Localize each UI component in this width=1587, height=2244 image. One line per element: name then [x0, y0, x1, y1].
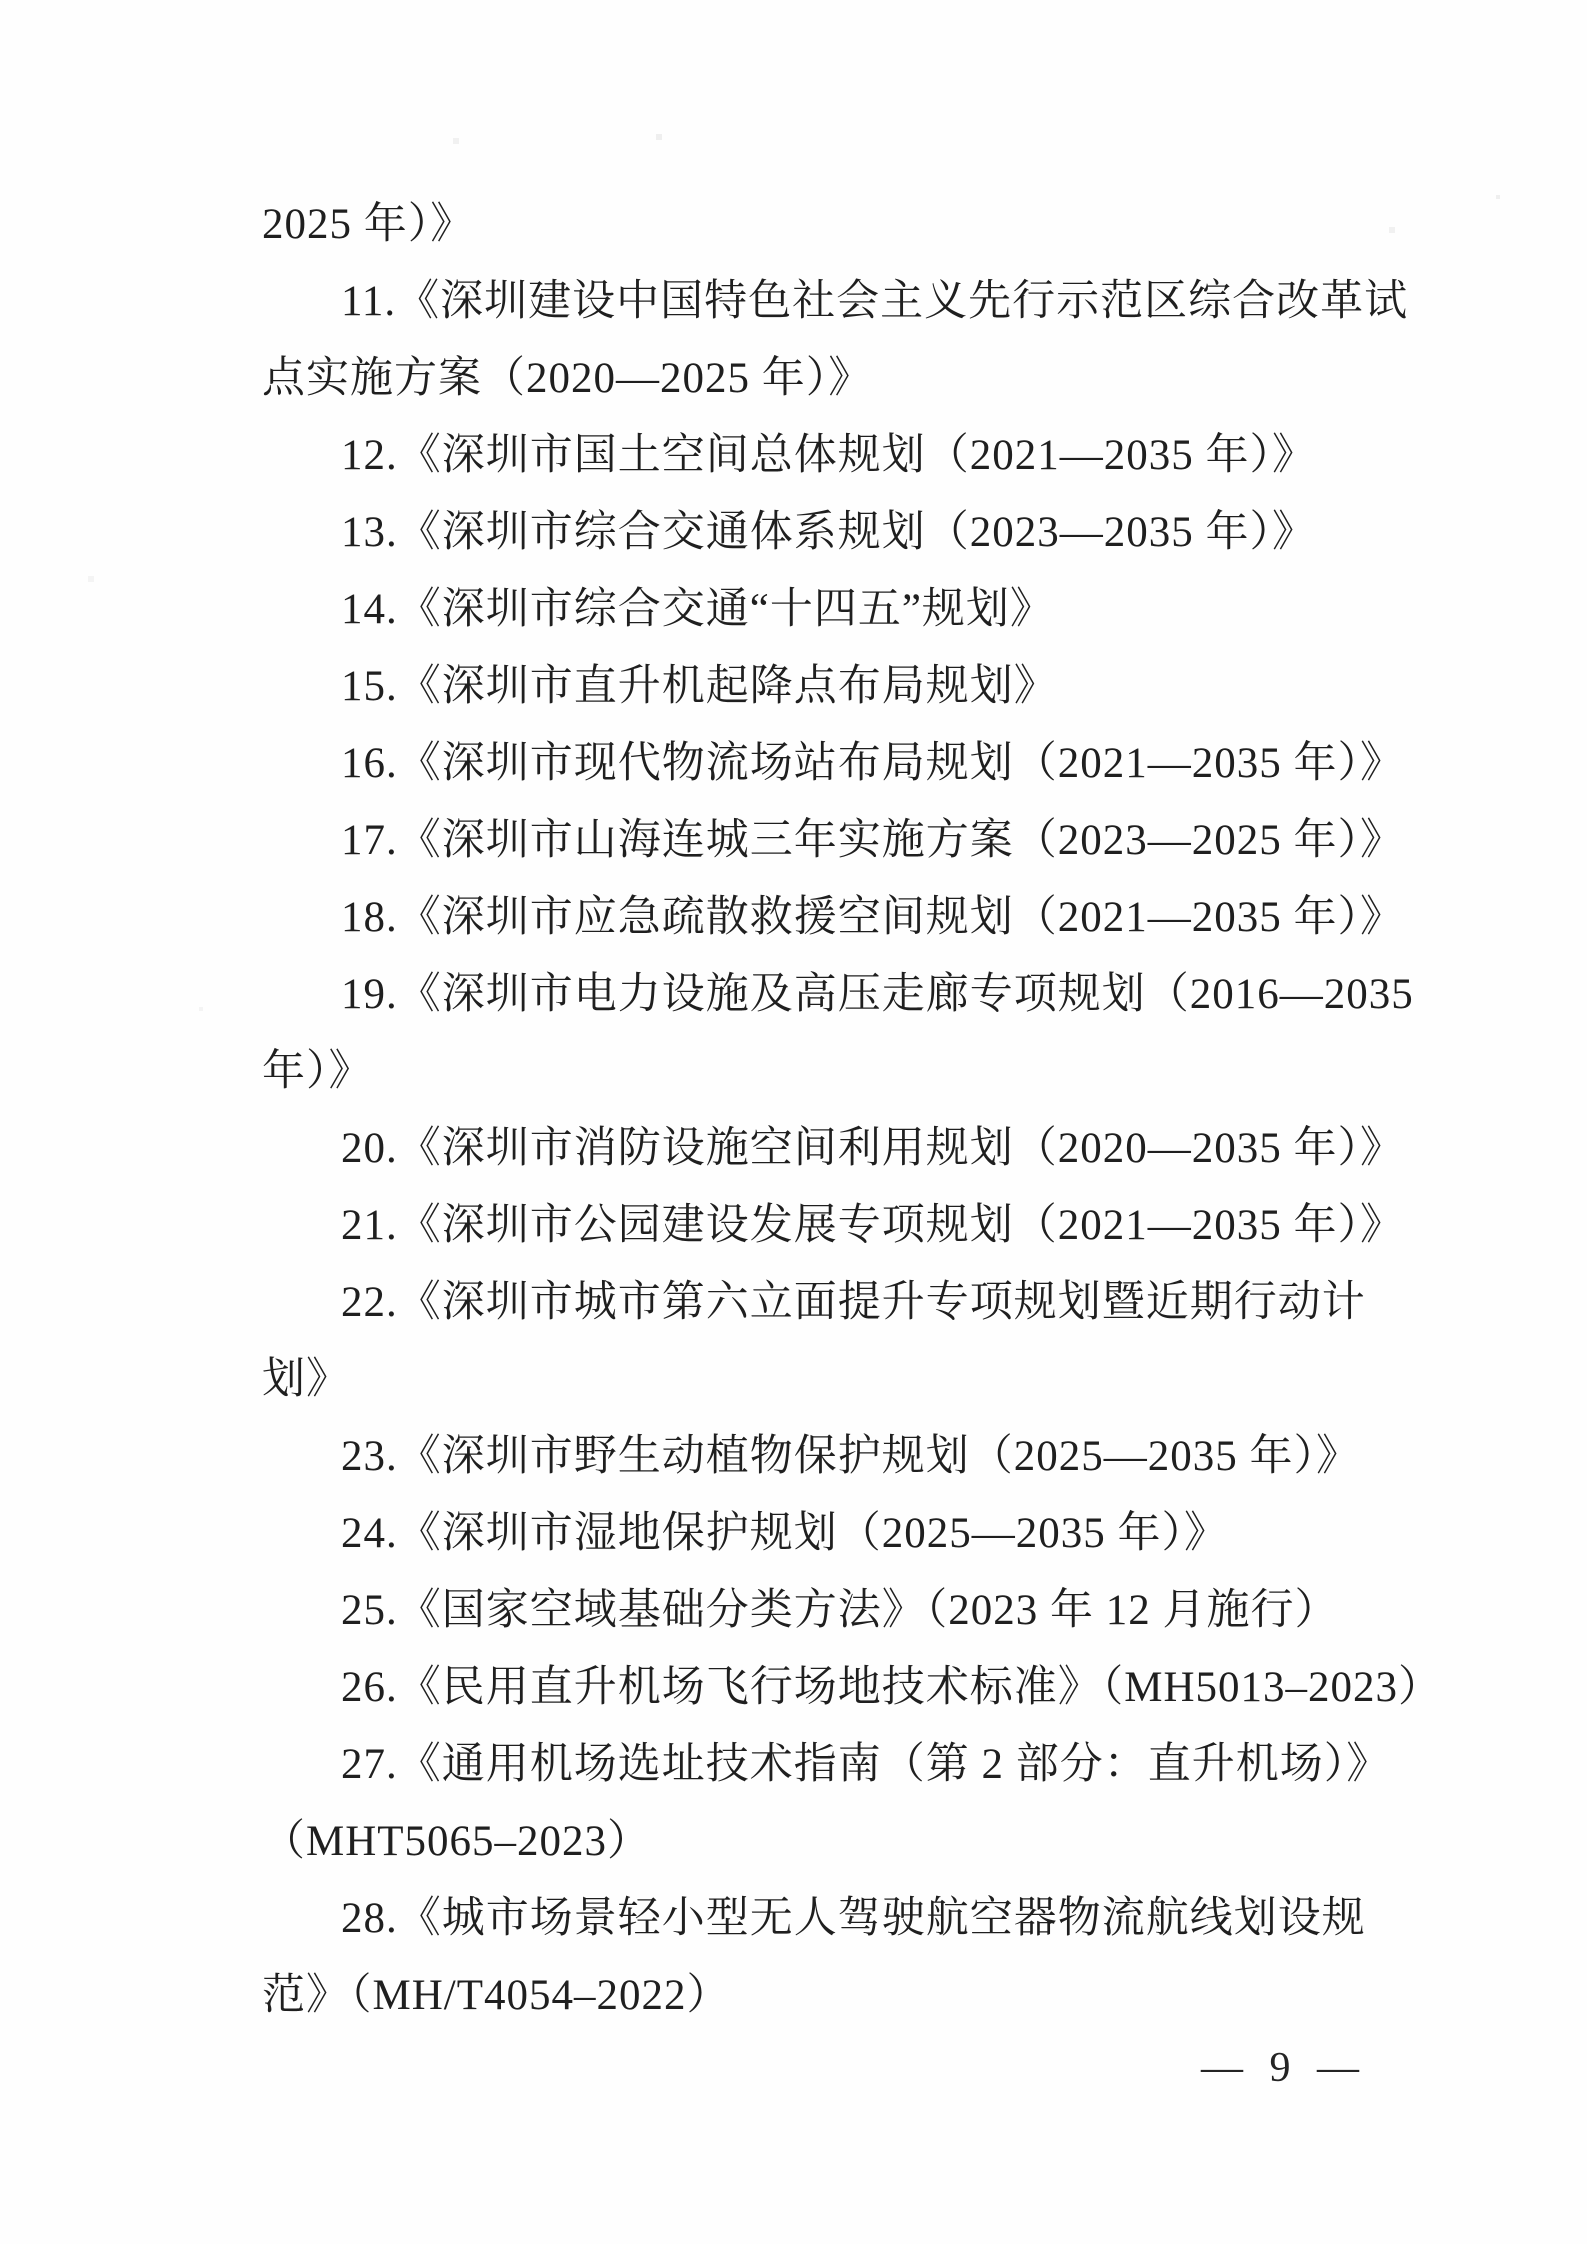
- document-line: 年）》: [262, 1033, 1422, 1110]
- document-line: 12.《深圳市国土空间总体规划（2021—2035 年）》: [262, 417, 1422, 494]
- document-line: 23.《深圳市野生动植物保护规划（2025—2035 年）》: [262, 1418, 1422, 1495]
- document-line: 11.《深圳建设中国特色社会主义先行示范区综合改革试: [262, 263, 1422, 340]
- document-line: 划》: [262, 1341, 1422, 1418]
- document-line: 25.《国家空域基础分类方法》（2023 年 12 月施行）: [262, 1572, 1422, 1649]
- document-line: 18.《深圳市应急疏散救援空间规划（2021—2035 年）》: [262, 879, 1422, 956]
- document-line: 16.《深圳市现代物流场站布局规划（2021—2035 年）》: [262, 725, 1422, 802]
- document-line: 点实施方案（2020—2025 年）》: [262, 340, 1422, 417]
- scanned-page: 2025 年）》11.《深圳建设中国特色社会主义先行示范区综合改革试点实施方案（…: [0, 0, 1587, 2244]
- document-line: 13.《深圳市综合交通体系规划（2023—2035 年）》: [262, 494, 1422, 571]
- document-line: 28.《城市场景轻小型无人驾驶航空器物流航线划设规: [262, 1880, 1422, 1957]
- document-body: 2025 年）》11.《深圳建设中国特色社会主义先行示范区综合改革试点实施方案（…: [262, 186, 1422, 2034]
- document-line: 17.《深圳市山海连城三年实施方案（2023—2025 年）》: [262, 802, 1422, 879]
- document-line: 2025 年）》: [262, 186, 1422, 263]
- document-line: 21.《深圳市公园建设发展专项规划（2021—2035 年）》: [262, 1187, 1422, 1264]
- document-line: 24.《深圳市湿地保护规划（2025—2035 年）》: [262, 1495, 1422, 1572]
- document-line: （MHT5065–2023）: [262, 1803, 1422, 1880]
- document-line: 20.《深圳市消防设施空间利用规划（2020—2035 年）》: [262, 1110, 1422, 1187]
- document-line: 22.《深圳市城市第六立面提升专项规划暨近期行动计: [262, 1264, 1422, 1341]
- scan-noise: [0, 0, 2, 2]
- document-line: 26.《民用直升机场飞行场地技术标准》（MH5013–2023）: [262, 1649, 1422, 1726]
- document-line: 15.《深圳市直升机起降点布局规划》: [262, 648, 1422, 725]
- document-line: 14.《深圳市综合交通“十四五”规划》: [262, 571, 1422, 648]
- document-line: 范》（MH/T4054–2022）: [262, 1957, 1422, 2034]
- page-number: — 9 —: [1201, 2040, 1367, 2096]
- document-line: 27.《通用机场选址技术指南（第 2 部分：直升机场）》: [262, 1726, 1422, 1803]
- document-line: 19.《深圳市电力设施及高压走廊专项规划（2016—2035: [262, 956, 1422, 1033]
